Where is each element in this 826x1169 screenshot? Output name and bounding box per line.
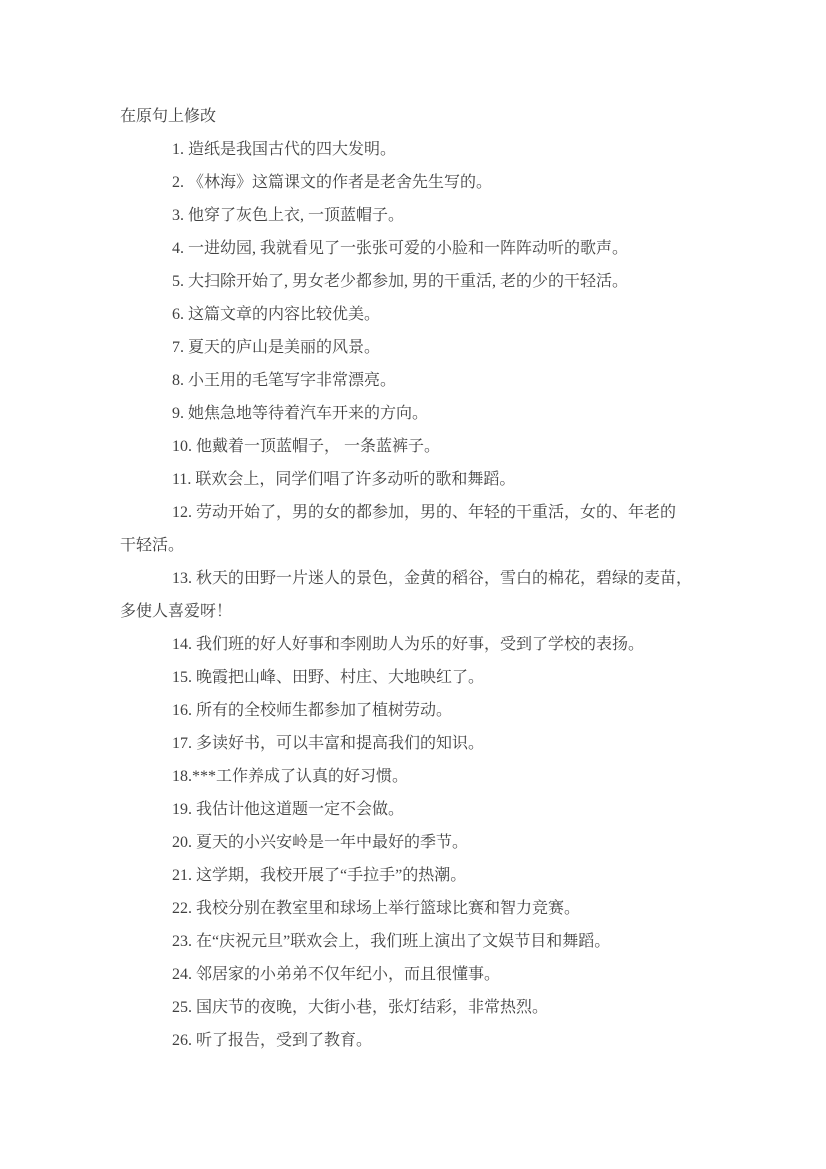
- list-item: 15. 晚霞把山峰、田野、村庄、大地映红了。: [120, 661, 712, 694]
- list-item: 12. 劳动开始了，男的女的都参加，男的、年轻的干重活，女的、年老的干轻活。: [120, 496, 712, 562]
- document-page: 在原句上修改 1. 造纸是我国古代的四大发明。2. 《林海》这篇课文的作者是老舍…: [0, 0, 826, 1169]
- list-item: 2. 《林海》这篇课文的作者是老舍先生写的。: [120, 166, 712, 199]
- list-item: 7. 夏天的庐山是美丽的风景。: [120, 331, 712, 364]
- document-content: 在原句上修改 1. 造纸是我国古代的四大发明。2. 《林海》这篇课文的作者是老舍…: [120, 100, 712, 1057]
- list-item: 21. 这学期，我校开展了“手拉手”的热潮。: [120, 859, 712, 892]
- page-title: 在原句上修改: [120, 100, 712, 133]
- list-item: 18.***工作养成了认真的好习惯。: [120, 760, 712, 793]
- list-item: 8. 小王用的毛笔写字非常漂亮。: [120, 364, 712, 397]
- list-item: 1. 造纸是我国古代的四大发明。: [120, 133, 712, 166]
- list-item: 11. 联欢会上，同学们唱了许多动听的歌和舞蹈。: [120, 463, 712, 496]
- list-item: 3. 他穿了灰色上衣, 一顶蓝帽子。: [120, 199, 712, 232]
- list-item: 10. 他戴着一顶蓝帽子， 一条蓝裤子。: [120, 430, 712, 463]
- list-item: 25. 国庆节的夜晚，大街小巷，张灯结彩，非常热烈。: [120, 991, 712, 1024]
- list-item: 9. 她焦急地等待着汽车开来的方向。: [120, 397, 712, 430]
- list-item: 16. 所有的全校师生都参加了植树劳动。: [120, 694, 712, 727]
- list-item: 6. 这篇文章的内容比较优美。: [120, 298, 712, 331]
- list-item: 13. 秋天的田野一片迷人的景色，金黄的稻谷，雪白的棉花，碧绿的麦苗，多使人喜爱…: [120, 562, 712, 628]
- list-item: 26. 听了报告，受到了教育。: [120, 1024, 712, 1057]
- sentence-list: 1. 造纸是我国古代的四大发明。2. 《林海》这篇课文的作者是老舍先生写的。3.…: [120, 133, 712, 1057]
- list-item: 4. 一进幼园, 我就看见了一张张可爱的小脸和一阵阵动听的歌声。: [120, 232, 712, 265]
- list-item: 19. 我估计他这道题一定不会做。: [120, 793, 712, 826]
- list-item: 20. 夏天的小兴安岭是一年中最好的季节。: [120, 826, 712, 859]
- list-item: 5. 大扫除开始了, 男女老少都参加, 男的干重活, 老的少的干轻活。: [120, 265, 712, 298]
- list-item: 14. 我们班的好人好事和李刚助人为乐的好事，受到了学校的表扬。: [120, 628, 712, 661]
- list-item: 24. 邻居家的小弟弟不仅年纪小，而且很懂事。: [120, 958, 712, 991]
- list-item: 23. 在“庆祝元旦”联欢会上，我们班上演出了文娱节目和舞蹈。: [120, 925, 712, 958]
- list-item: 17. 多读好书，可以丰富和提高我们的知识。: [120, 727, 712, 760]
- list-item: 22. 我校分别在教室里和球场上举行篮球比赛和智力竞赛。: [120, 892, 712, 925]
